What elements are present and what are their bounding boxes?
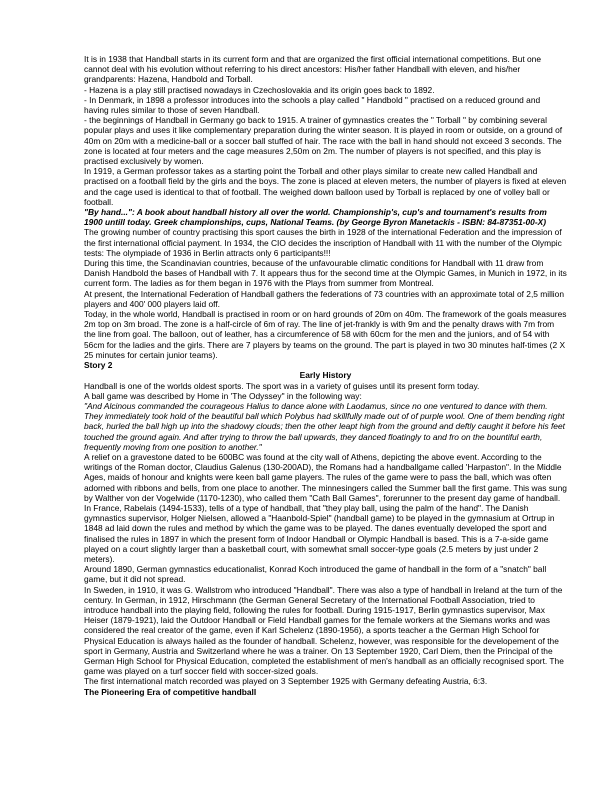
list-item-germany-torball: - the beginnings of Handball in Germany … [84, 115, 567, 166]
list-item-denmark-handbold: - In Denmark, in 1898 a professor introd… [84, 95, 567, 115]
heading-early-history: Early History [84, 370, 567, 380]
list-item-hazena: - Hazena is a play still practised nowad… [84, 85, 567, 95]
paragraph-odyssey-intro: A ball game was described by Home in 'Th… [84, 391, 567, 401]
paragraph-modern-rules: Today, in the whole world, Handball is p… [84, 309, 567, 360]
paragraph-federation-1928: The growing number of country practising… [84, 227, 567, 258]
paragraph-france-denmark: In France, Rabelais (1494-1533), tells o… [84, 503, 567, 564]
paragraph-1938-intro: It is in 1938 that Handball starts in it… [84, 54, 567, 85]
quote-odyssey: "And Alcinous commanded the courageous H… [84, 401, 567, 452]
paragraph-first-international: The first international match recorded w… [84, 676, 567, 686]
document-page: It is in 1938 that Handball starts in it… [0, 0, 612, 792]
book-reference: "By hand...": A book about handball hist… [84, 207, 567, 227]
paragraph-konrad-koch: Around 1890, German gymnastics education… [84, 564, 567, 584]
paragraph-ihf-present: At present, the International Federation… [84, 289, 567, 309]
paragraph-oldest-sports: Handball is one of the worlds oldest spo… [84, 381, 567, 391]
heading-story-2: Story 2 [84, 360, 567, 370]
paragraph-1919-handball: In 1919, a German professor takes as a s… [84, 166, 567, 207]
heading-pioneering-era: The Pioneering Era of competitive handba… [84, 687, 567, 697]
paragraph-scandinavian: During this time, the Scandinavian count… [84, 258, 567, 289]
paragraph-gravestone-romans: A relief on a gravestone dated to be 600… [84, 452, 567, 503]
paragraph-sweden-germany: In Sweden, in 1910, it was G. Wallstrom … [84, 585, 567, 677]
